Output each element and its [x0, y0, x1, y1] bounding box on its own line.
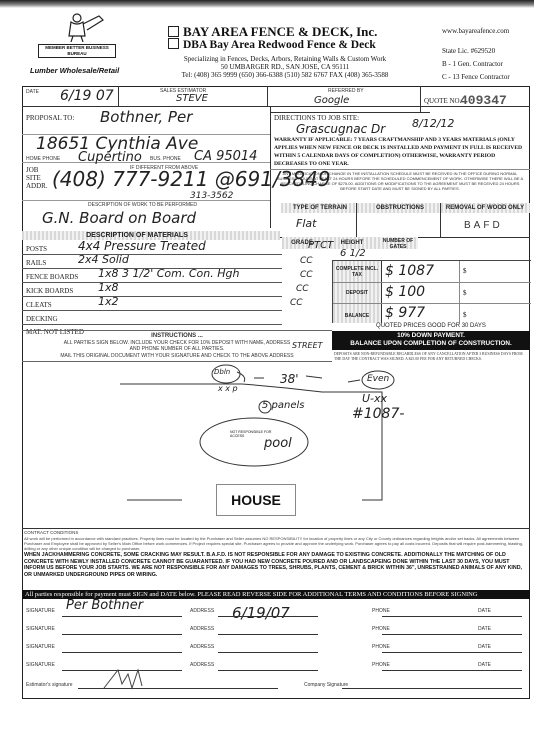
material-value[interactable]: 2x4 Solid	[78, 253, 129, 266]
sales-estimator-field[interactable]: STEVE	[176, 93, 208, 104]
divider	[22, 330, 332, 331]
signature-row: SIGNATURE Per Bothner ADDRESS 6/19/07 PH…	[22, 600, 530, 618]
signature-label: SIGNATURE	[26, 626, 55, 632]
obstructions-field[interactable]	[360, 217, 438, 231]
material-grade[interactable]: CC	[300, 256, 313, 266]
terrain-field[interactable]: Flat	[296, 217, 316, 230]
date-label: DATE	[478, 626, 491, 632]
street-annotation: STREET	[292, 341, 323, 350]
address-label: ADDRESS	[190, 662, 214, 668]
phone-label: PHONE	[372, 644, 390, 650]
signature-field[interactable]	[62, 652, 182, 653]
address-field[interactable]	[218, 670, 318, 671]
license-info: State Lic. #629520 B - 1 Gen. Contractor…	[442, 45, 510, 84]
referred-by-field[interactable]: Google	[314, 95, 349, 106]
deposit-alt-field[interactable]: $	[463, 289, 467, 297]
complete-label: COMPLETE INCL. TAX	[333, 266, 381, 278]
directions-label: DIRECTIONS TO JOB SITE:	[274, 114, 359, 122]
deposit-label: DEPOSIT	[333, 290, 381, 296]
date-label: DATE	[478, 644, 491, 650]
right-note: Even	[367, 374, 389, 384]
material-row: POSTS 4x4 Pressure Treated PTCT	[22, 241, 282, 255]
instructions-block: INSTRUCTIONS ... ALL PARTIES SIGN BELOW.…	[22, 333, 332, 359]
divider	[270, 169, 530, 170]
divider	[440, 203, 441, 237]
deposit-field[interactable]: $ 100	[385, 284, 425, 300]
state-lic: State Lic. #629520	[442, 45, 510, 58]
address-label: ADDRESS	[190, 626, 214, 632]
signature-label: SIGNATURE	[26, 644, 55, 650]
instructions-line3: MAIL THIS ORIGINAL DOCUMENT WITH YOUR SI…	[22, 353, 332, 360]
lic-c13: C - 13 Fence Contractor	[442, 71, 510, 84]
divider	[22, 106, 530, 107]
directions-extra[interactable]: 8/12/12	[412, 117, 454, 130]
conditions-title: CONTRACT CONDITIONS	[24, 530, 78, 535]
sketch-width: 38'	[280, 372, 299, 386]
checkbox-icon[interactable]	[168, 38, 179, 49]
balance-alt-field[interactable]: $	[463, 311, 467, 319]
dba-name: DBA Bay Area Redwood Fence & Deck	[168, 38, 376, 51]
checkbox-icon[interactable]	[168, 26, 179, 37]
phone-field[interactable]	[382, 634, 522, 635]
signature-block: SIGNATURE Per Bothner ADDRESS 6/19/07 PH…	[22, 600, 530, 692]
work-desc-label: DESCRIPTION OF WORK TO BE PERFORMED	[88, 202, 197, 208]
underline	[218, 616, 318, 617]
complete-field[interactable]: $ 1087	[385, 263, 434, 279]
divider	[333, 303, 531, 304]
material-value[interactable]: 1x2	[98, 295, 119, 308]
tagline: Lumber Wholesale/Retail	[30, 66, 119, 75]
signature-row: SIGNATURE ADDRESS PHONE DATE	[22, 636, 530, 654]
lic-b1: B - 1 Gen. Contractor	[442, 58, 510, 71]
materials-header: DESCRIPTION OF MATERIALS	[22, 232, 252, 239]
company-signature-field[interactable]	[342, 688, 522, 689]
house-label: HOUSE	[216, 484, 296, 516]
removal-label: REMOVAL OF WOOD ONLY	[440, 205, 530, 211]
proposal-to-label: PROPOSAL TO:	[26, 114, 74, 122]
balance-field[interactable]: $ 977	[385, 305, 425, 321]
material-label: DECKING	[26, 315, 58, 323]
material-grade[interactable]: PTCT	[308, 240, 333, 251]
divider	[22, 200, 270, 201]
divider	[267, 86, 268, 106]
date-field[interactable]: 6/19 07	[60, 88, 114, 104]
sketch-price: #1087-	[352, 406, 404, 422]
left-note: Dbln	[214, 368, 230, 376]
phones-text: Tel: (408) 365 9999 (650) 366-6388 (510)…	[150, 71, 420, 79]
address-label: ADDRESS	[190, 608, 214, 614]
complete-alt-field[interactable]: $	[463, 267, 467, 275]
conditions-bold-text: WHEN JACKHAMMERING CONCRETE, SOME CRACKI…	[24, 552, 528, 578]
gates-label: NUMBER OF GATES	[378, 238, 418, 250]
quoted-note: QUOTED PRICES GOOD FOR 30 DAYS	[332, 323, 530, 329]
estimator-scribble-icon	[102, 666, 152, 690]
material-row: FENCE BOARDS 1x8 3 1/2' Com. Con. Hgh CC	[22, 269, 282, 283]
directions-field[interactable]: Grascugnac Dr	[296, 122, 385, 136]
address-text: 50 UMBARGER RD., SAN JOSE, CA 95111	[150, 63, 420, 71]
removal-field[interactable]: BAFD	[464, 220, 503, 231]
underline	[382, 616, 522, 617]
material-label: CLEATS	[26, 301, 52, 309]
signature-field[interactable]: Per Bothner	[66, 598, 143, 613]
material-label: POSTS	[26, 245, 47, 253]
signature-label: SIGNATURE	[26, 662, 55, 668]
material-value[interactable]: 4x4 Pressure Treated	[78, 239, 206, 253]
home-phone-label: HOME PHONE	[26, 156, 60, 162]
material-grade[interactable]: CC	[290, 298, 303, 308]
down-payment-line1: 10% DOWN PAYMENT.	[332, 332, 530, 340]
down-payment-line2: BALANCE UPON COMPLETION OF CONSTRUCTION.	[332, 340, 530, 348]
date-label: DATE	[478, 662, 491, 668]
terrain-label: TYPE OF TERRAIN	[281, 205, 359, 211]
city-field[interactable]: Cupertino	[78, 150, 142, 165]
pool-note: pool	[264, 436, 292, 451]
phone-label: PHONE	[372, 662, 390, 668]
divider	[420, 86, 421, 112]
underline	[62, 616, 182, 617]
signature-label: SIGNATURE	[26, 608, 55, 614]
quote-no-label: QUOTE NO.	[424, 97, 461, 105]
obstructions-label: OBSTRUCTIONS	[360, 205, 440, 211]
divider	[356, 203, 357, 237]
bus-phone-label: BUS. PHONE	[150, 156, 181, 162]
height-label: HEIGHT	[336, 240, 368, 246]
balance-label: BALANCE	[333, 313, 381, 319]
date-label: DATE	[26, 89, 39, 95]
divider	[118, 86, 119, 106]
material-row: DECKING	[22, 311, 282, 325]
deposit-note: DEPOSITS ARE NON-REFUNDABLE REGARDLESS O…	[334, 352, 528, 361]
material-value[interactable]: 1x8 3 1/2' Com. Con. Hgh	[98, 267, 239, 280]
material-row: KICK BOARDS 1x8 CC	[22, 283, 282, 297]
estimator-row: Estimator's signature Company Signature	[22, 672, 530, 692]
bbb-badge: MEMBER BETTER BUSINESS BUREAU	[38, 44, 116, 58]
material-label: RAILS	[26, 259, 46, 267]
material-grade[interactable]: CC	[300, 270, 313, 280]
estimator-signature-label: Estimator's signature	[26, 682, 73, 688]
referred-by-label: REFERRED BY	[328, 88, 364, 94]
divider	[381, 261, 382, 323]
job-site-label: JOB SITE ADDR.	[26, 166, 50, 190]
signature-row: SIGNATURE ADDRESS PHONE DATE	[22, 618, 530, 636]
signature-field[interactable]	[62, 634, 182, 635]
height-field[interactable]: 6 1/2	[340, 248, 366, 259]
down-payment-banner: 10% DOWN PAYMENT. BALANCE UPON COMPLETIO…	[332, 331, 530, 350]
address-label: ADDRESS	[190, 644, 214, 650]
company-info: Specializing in Fences, Decks, Arbors, R…	[150, 55, 420, 79]
proposal-to-field[interactable]: Bothner, Per	[100, 108, 192, 126]
material-row: CLEATS 1x2 CC	[22, 297, 282, 311]
ux-note: U-xx	[362, 392, 387, 405]
mascot-logo-icon	[55, 12, 125, 42]
conditions-small-text: All work will be performed in accordance…	[24, 536, 528, 552]
address-field[interactable]	[218, 652, 318, 653]
website[interactable]: www.bayareafence.com	[442, 27, 509, 35]
quote-number: 409347	[460, 93, 507, 108]
phone-label: PHONE	[372, 626, 390, 632]
sketch-area[interactable]: Dbln x x p 38' Even 5 panels U-xx #1087-…	[22, 362, 530, 522]
phone-field[interactable]	[382, 652, 522, 653]
material-label: KICK BOARDS	[26, 287, 73, 295]
date-label: DATE	[478, 608, 491, 614]
divider	[270, 112, 430, 113]
materials-list: POSTS 4x4 Pressure Treated PTCT RAILS 2x…	[22, 241, 282, 337]
divider	[22, 528, 530, 529]
address-field[interactable]	[218, 634, 318, 635]
left-xx: x x p	[218, 384, 238, 393]
specialty-text: Specializing in Fences, Decks, Arbors, R…	[150, 55, 420, 63]
signature-row: SIGNATURE ADDRESS PHONE DATE	[22, 654, 530, 672]
phone-label: PHONE	[372, 608, 390, 614]
bus-phone-field[interactable]: CA 95014	[194, 149, 257, 164]
material-value[interactable]: 1x8	[98, 281, 119, 294]
divider	[459, 261, 460, 323]
work-desc-field[interactable]: G.N. Board on Board	[42, 209, 196, 227]
pricing-box: COMPLETE INCL. TAX $ 1087 $ DEPOSIT $ 10…	[332, 260, 531, 323]
material-grade[interactable]: CC	[296, 284, 309, 294]
modification-text: ANY MODIFICATION OR CHANGE IN THE INSTAL…	[276, 171, 524, 191]
scan-top-edge	[0, 0, 534, 8]
panels-note: 5 panels	[262, 400, 305, 411]
divider	[333, 282, 531, 283]
phone-field[interactable]	[382, 670, 522, 671]
warranty-text: WARRANTY IF APPLICABLE: 7 YEARS CRAFTMAN…	[274, 136, 526, 168]
material-label: FENCE BOARDS	[26, 273, 78, 281]
